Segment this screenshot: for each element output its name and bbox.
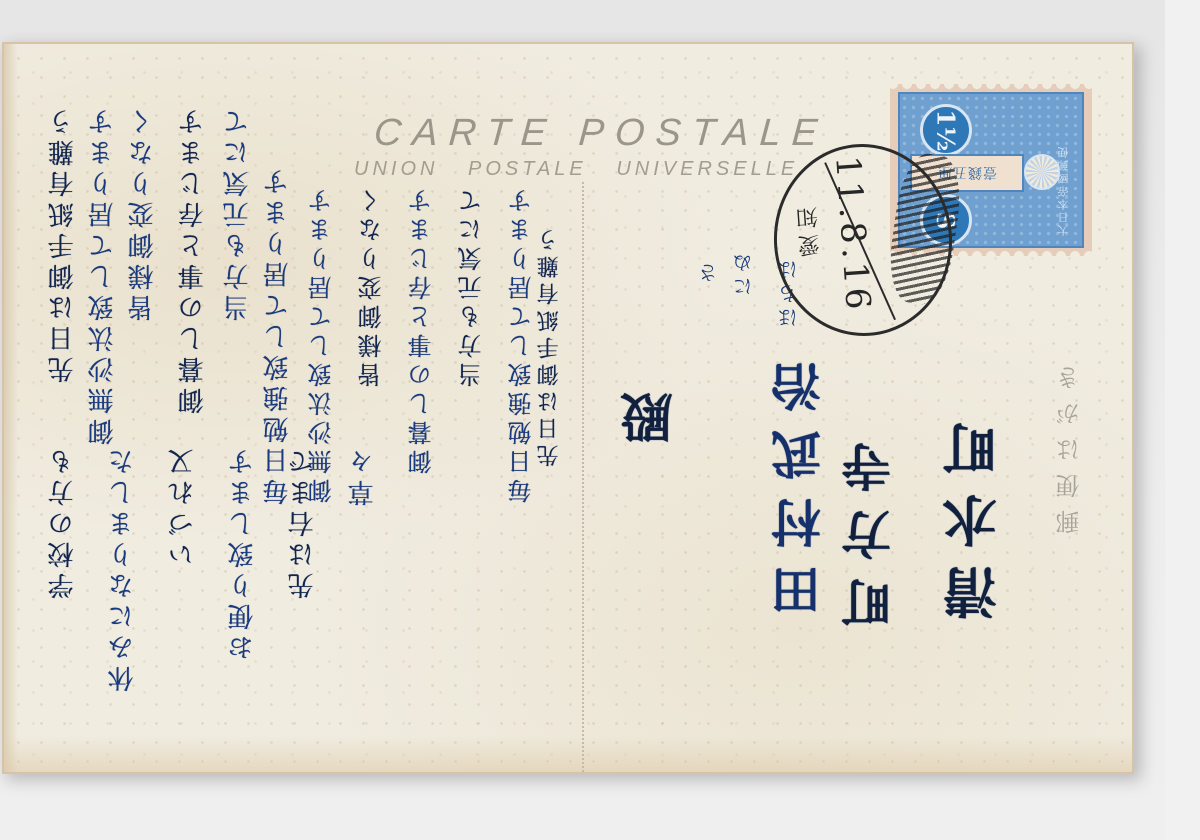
message-column: 先日は御手紙有難う xyxy=(44,104,81,383)
message-column: 先日は御手紙有難う xyxy=(534,224,565,467)
address-recipient-name: 田村武治 xyxy=(764,344,836,616)
stamp-denomination-top: 1½ xyxy=(920,104,972,156)
message-column: いづれ又 xyxy=(164,444,201,568)
address-recipient-street: 清水町 xyxy=(934,404,1011,620)
message-column: 当方も元気にて xyxy=(219,104,256,321)
postmark-place: 愛知 xyxy=(792,200,827,258)
address-note: さ xyxy=(694,259,723,283)
printed-japanese-label: 郵便はがき xyxy=(1052,354,1092,534)
paper-edge-left xyxy=(4,44,18,772)
message-column: 御無沙汰致して居ります xyxy=(304,184,339,503)
address-recipient-line2: 町方寺 xyxy=(834,424,906,628)
message-column: 皆様御変りなく xyxy=(354,184,389,387)
message-column: 当方も元気にて xyxy=(454,184,489,387)
chrysanthemum-icon xyxy=(1024,154,1060,190)
postmark-date: 11.8.16 xyxy=(827,155,878,315)
message-column: 学校の方も xyxy=(44,444,81,599)
paper-edge-bottom xyxy=(4,736,1132,772)
scan-stage: CARTE POSTALE UNION POSTALE UNIVERSELLE … xyxy=(0,0,1200,840)
address-honorific: 殿 xyxy=(614,374,689,444)
address-note: にぬ xyxy=(729,249,758,297)
address-message-divider xyxy=(582,182,584,772)
printed-subtitle: UNION POSTALE UNIVERSELLE xyxy=(354,158,798,181)
background-strip xyxy=(1165,0,1200,840)
message-column: 御暮しの事と存じます xyxy=(174,104,211,414)
message-column: 草々 xyxy=(344,444,381,506)
stamp-side-text: 大日本帝國郵便 xyxy=(1056,106,1076,236)
message-column: 御暮しの事と存じます xyxy=(404,184,439,474)
message-column: 御無沙汰致して居ります xyxy=(84,104,121,445)
printed-title: CARTE POSTALE xyxy=(372,112,829,155)
message-column: お便り致します xyxy=(224,444,261,661)
message-column: 休みになりました xyxy=(104,444,141,692)
message-column: 皆様御変りなく xyxy=(124,104,161,321)
postcard: CARTE POSTALE UNION POSTALE UNIVERSELLE … xyxy=(2,42,1134,774)
